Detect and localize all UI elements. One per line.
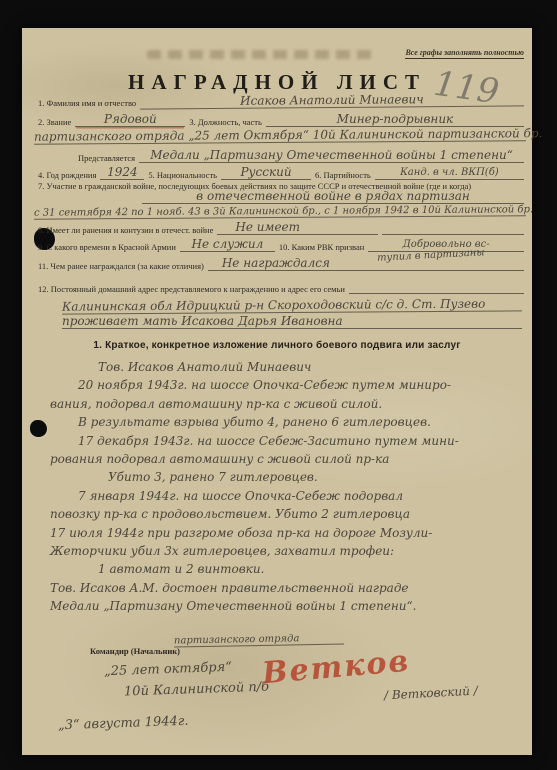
field-prior-awards-label: 11. Чем ранее награждался (за какие отли… [38,261,204,271]
feat-line: 1 автомат и 2 винтовки. [50,560,526,578]
commander-label: Командир (Начальник) [90,646,180,656]
field-position-value-line2: партизанского отряда „25 лет Октября“ 10… [34,126,526,144]
field-name-label: 1. Фамилия имя и отчество [38,98,136,108]
field-party-value: Канд. в чл. ВКП(б) [375,166,524,180]
field-rvk-label: 10. Каким РВК призван [279,242,364,252]
field-home-address-blank [349,282,524,294]
field-war-participation-value2: с 31 сентября 42 по 1 нояб. 43 в 3й Кали… [34,204,526,219]
field-home-address-label: 12. Постоянный домашний адрес представля… [38,284,345,294]
field-party-label: 6. Партийность [315,170,371,180]
feat-description: Тов. Исаков Анатолий Минаевич 20 ноября … [50,358,526,616]
field-position-label: 3. Должность, часть [189,117,262,127]
presented-for-label: Представляется [78,153,135,163]
field-wounds-blank [382,222,524,235]
field-rank-value: Рядовой [75,113,185,127]
field-army-service-value: Не служил [180,238,275,252]
feat-line: Медали „Партизану Отечественной войны 1 … [50,597,526,615]
commander-unit-line2: „25 лет октября“ [104,660,232,679]
field-home-address-value1: Калининская обл Идрицкий р-н Скороходовс… [62,296,522,314]
feat-line: Убито 3, ранено 7 гитлеровцев. [50,468,526,486]
field-birth-year-value: 1924 [100,166,144,180]
field-army-service-label: 9. С какого времени в Красной Армии [38,242,176,252]
commander-unit-line3: 10й Калининской п/б [124,679,270,699]
field-nationality-value: Русский [221,166,311,180]
field-wounds-value: Не имеет [217,221,377,235]
feat-line: вания, подорвал автомашину пр-ка с живой… [50,395,526,413]
field-prior-awards: 11. Чем ранее награждался (за какие отли… [38,257,524,271]
feat-line: рования подорвал автомашину с живой сило… [50,450,526,468]
field-birth-year-label: 4. Год рождения [38,170,96,180]
field-position-value: Минер-подрывник [266,113,524,127]
presented-for-value: Медали „Партизану Отечественной войны 1 … [139,149,524,163]
commander-signature-red: Ветков [261,644,412,692]
field-name: 1. Фамилия имя и отчество Исаков Анатоли… [38,94,524,108]
feat-line: Жеторчики убил 3х гитлеровцев, захватил … [50,542,526,560]
field-name-value: Исаков Анатолий Минаевич [140,92,524,109]
signer-name: / Ветковский / [384,684,478,703]
field-year-nationality-party: 4. Год рождения 1924 5. Национальность Р… [38,166,524,180]
field-nationality-label: 5. Национальность [148,170,217,180]
field-wounds-label: 8. Имеет ли ранения и контузии в отечест… [38,225,213,235]
field-war-participation-value1: в отечественной войне в рядах партизан [142,189,524,204]
field-rank-label: 2. Звание [38,117,71,127]
feat-line: 20 ноября 1943г. на шоссе Опочка-Себеж п… [50,376,526,394]
feat-line: 7 января 1944г. на шоссе Опочка-Себеж по… [50,487,526,505]
fill-all-fields-note: Все графы заполнять полностью [405,48,524,59]
field-prior-awards-value: Не награждался [208,257,524,271]
bleed-through-stamp [147,50,377,59]
field-wounds: 8. Имеет ли ранения и контузии в отечест… [38,221,524,235]
feat-line: В результате взрыва убито 4, ранено 6 ги… [50,413,526,431]
feat-line: 17 декабря 1943г. на шоссе Себеж-Заситин… [50,432,526,450]
feat-line: Тов. Исаков Анатолий Минаевич [50,358,526,376]
signature-date: „3“ августа 1944г. [58,714,189,734]
field-presented-for: Представляется Медали „Партизану Отечест… [78,149,524,163]
field-rank-position: 2. Звание Рядовой 3. Должность, часть Ми… [38,113,524,127]
commander-unit-line1: партизанского отряда [174,633,344,648]
field-home-address: 12. Постоянный домашний адрес представля… [38,282,524,294]
document-paper: Все графы заполнять полностью НАГРАДНОЙ … [22,28,532,755]
field-home-address-value2: проживает мать Исакова Дарья Ивановна [62,314,522,329]
feat-line: 17 июля 1944г при разгроме обоза пр-ка н… [50,524,526,542]
feat-line: повозку пр-ка с продовольствием. Убито 2… [50,505,526,523]
feat-section-heading: 1. Краткое, конкретное изложение личного… [22,340,532,351]
scanned-award-document: { "colors": { "paper": "#cdc1a0", "typed… [0,0,557,770]
feat-line: Тов. Исаков А.М. достоен правительственн… [50,579,526,597]
punch-hole-bottom [30,420,47,437]
